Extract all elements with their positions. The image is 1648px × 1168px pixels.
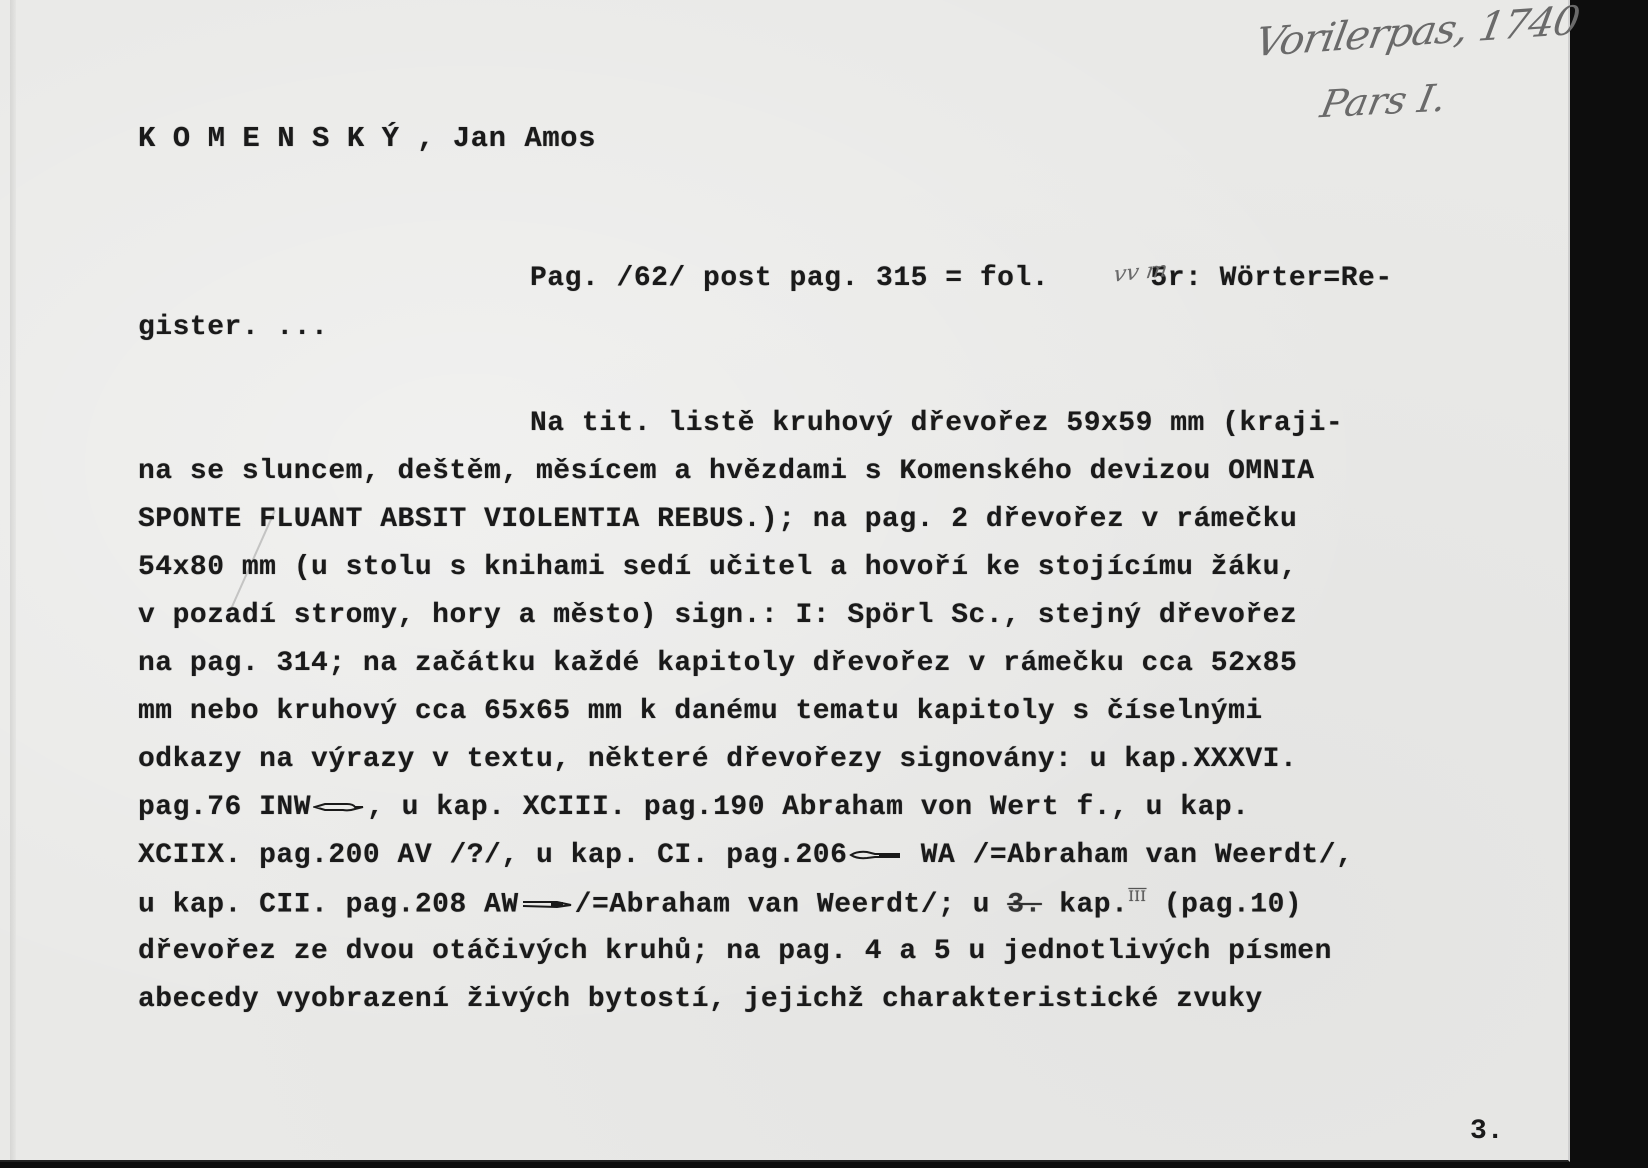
author-heading: K O M E N S K Ý , Jan Amos (138, 124, 596, 153)
handwritten-part-note: Pars I. (1318, 79, 1450, 123)
paragraph2-line9: pag.76 INW, u kap. XCIII. pag.190 Abraha… (138, 794, 1249, 822)
paragraph2-line2: na se sluncem, deštěm, měsícem a hvězdam… (138, 458, 1315, 486)
paragraph1-line2: gister. ... (138, 314, 328, 342)
paragraph1-line1: Pag. /62/ post pag. 315 = fol. 5r: Wörte… (530, 265, 1393, 293)
heading-separator: , (399, 122, 453, 155)
paragraph2-line11: u kap. CII. pag.208 AW/=Abraham van Weer… (138, 890, 1302, 919)
paragraph2-line13: abecedy vyobrazení živých bytostí, jejic… (138, 986, 1263, 1014)
paragraph2-line6: na pag. 314; na začátku každé kapitoly d… (138, 650, 1297, 678)
register-text: 5r: Wörter=Re- (1133, 263, 1393, 294)
card-paper: Vorilerpas, 1740 Pars I. K O M E N S K Ý… (0, 0, 1570, 1162)
paragraph2-line8: odkazy na výrazy v textu, některé dřevoř… (138, 746, 1297, 774)
handwritten-title-note: Vorilerpas, 1740 (1252, 1, 1582, 63)
struck-chapter-number: 3. (1007, 889, 1042, 920)
pagination-text: Pag. /62/ post pag. 315 = fol. (530, 263, 1049, 294)
page-number: 3. (1470, 1116, 1504, 1147)
paragraph2-line1: Na tit. listě kruhový dřevořez 59x59 mm … (530, 410, 1343, 438)
author-given-names: Jan Amos (453, 122, 596, 155)
paragraph2-line3: SPONTE FLUANT ABSIT VIOLENTIA REBUS.); n… (138, 506, 1297, 534)
handwritten-chapter-insert: III (1128, 889, 1146, 905)
paragraph2-line10: XCIIX. pag.200 AV /?/, u kap. CI. pag.20… (138, 842, 1353, 870)
paragraph2-line4: 54x80 mm (u stolu s knihami sedí učitel … (138, 554, 1297, 582)
paragraph2-line7: mm nebo kruhový cca 65x65 mm k danému te… (138, 698, 1263, 726)
scanned-catalog-card: Vorilerpas, 1740 Pars I. K O M E N S K Ý… (0, 0, 1648, 1168)
paragraph2-line12: dřevořez ze dvou otáčivých kruhů; na pag… (138, 938, 1332, 966)
handwritten-folio-note: vv m (1112, 259, 1169, 286)
paragraph2-line5: v pozadí stromy, hory a město) sign.: I:… (138, 602, 1297, 630)
engraver-knife-mark-icon (849, 849, 901, 861)
engraver-knife-mark-icon (313, 801, 365, 813)
engraver-knife-mark-icon (521, 898, 573, 910)
author-surname: K O M E N S K Ý (138, 122, 399, 155)
